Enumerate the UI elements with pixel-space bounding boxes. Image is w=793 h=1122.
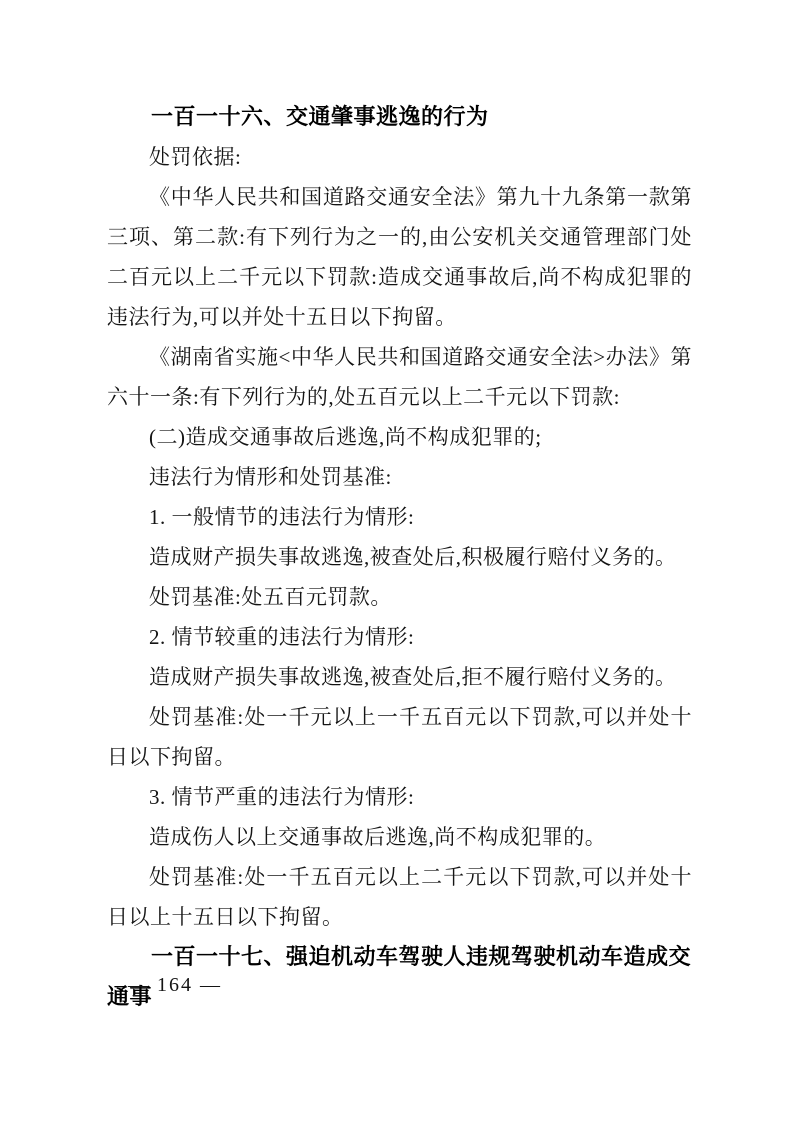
page-body-text: 一百一十六、交通肇事逃逸的行为 处罚依据: 《中华人民共和国道路交通安全法》第九… <box>107 97 692 1017</box>
page-number: — 164 — <box>128 970 222 1000</box>
section-heading-116: 一百一十六、交通肇事逃逸的行为 <box>107 97 692 137</box>
paragraph-national-law-citation: 《中华人民共和国道路交通安全法》第九十九条第一款第三项、第二款:有下列行为之一的… <box>107 177 692 337</box>
paragraph-hunan-regulation-citation: 《湖南省实施<中华人民共和国道路交通安全法>办法》第六十一条:有下列行为的,处五… <box>107 337 692 417</box>
paragraph-level1-title: 1. 一般情节的违法行为情形: <box>107 497 692 537</box>
paragraph-level1-penalty: 处罚基准:处五百元罚款。 <box>107 577 692 617</box>
paragraph-level3-penalty: 处罚基准:处一千五百元以上二千元以下罚款,可以并处十日以上十五日以下拘留。 <box>107 857 692 937</box>
paragraph-level1-situation: 造成财产损失事故逃逸,被查处后,积极履行赔付义务的。 <box>107 537 692 577</box>
paragraph-penalty-basis-label: 处罚依据: <box>107 137 692 177</box>
paragraph-level2-situation: 造成财产损失事故逃逸,被查处后,拒不履行赔付义务的。 <box>107 657 692 697</box>
paragraph-item-two: (二)造成交通事故后逃逸,尚不构成犯罪的; <box>107 417 692 457</box>
document-page: 一百一十六、交通肇事逃逸的行为 处罚依据: 《中华人民共和国道路交通安全法》第九… <box>0 0 793 1122</box>
paragraph-level2-penalty: 处罚基准:处一千元以上一千五百元以下罚款,可以并处十日以下拘留。 <box>107 697 692 777</box>
paragraph-level3-title: 3. 情节严重的违法行为情形: <box>107 777 692 817</box>
paragraph-criteria-label: 违法行为情形和处罚基准: <box>107 457 692 497</box>
paragraph-level3-situation: 造成伤人以上交通事故后逃逸,尚不构成犯罪的。 <box>107 817 692 857</box>
paragraph-level2-title: 2. 情节较重的违法行为情形: <box>107 617 692 657</box>
